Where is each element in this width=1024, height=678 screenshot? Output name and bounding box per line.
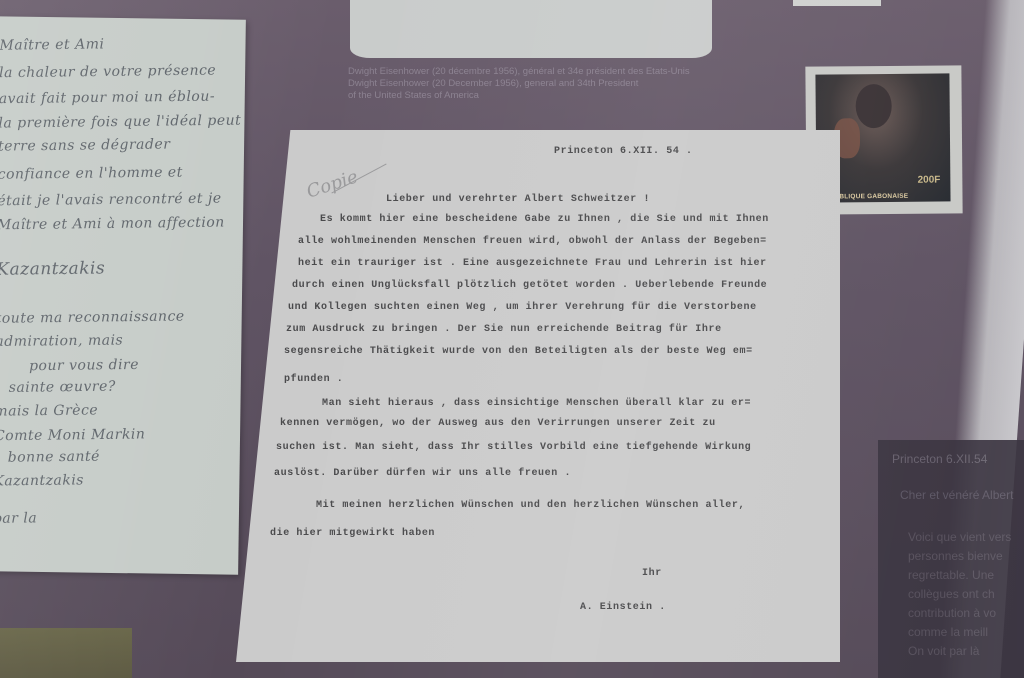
handwritten-line: confiance en l'homme et xyxy=(0,164,183,182)
handwritten-signature: Kazantzakis xyxy=(0,258,105,279)
brass-plaque xyxy=(0,628,132,678)
panel-body: Voici que vient vers personnes bienve re… xyxy=(908,528,1011,661)
letter-line: Es kommt hier eine bescheidene Gabe zu I… xyxy=(320,214,769,225)
handwritten-line: terre sans se dégrader xyxy=(0,136,171,154)
panel-line: Voici que vient vers xyxy=(908,528,1011,547)
panel-title: Princeton 6.XII.54 xyxy=(892,452,987,466)
salutation: Lieber und verehrter Albert Schweitzer ! xyxy=(386,194,650,205)
handwritten-line: mais la Grèce xyxy=(0,402,98,419)
handwritten-letter: Maître et Ami la chaleur de votre présen… xyxy=(0,16,246,574)
handwritten-line: toute ma reconnaissance xyxy=(0,308,185,326)
panel-line: On voit par là xyxy=(908,642,1011,661)
letter-line: alle wohlmeinenden Menschen freuen wird,… xyxy=(298,236,767,247)
signature: A. Einstein . xyxy=(580,602,666,613)
top-document xyxy=(350,0,712,58)
panel-subtitle: Cher et vénéré Albert xyxy=(900,488,1013,502)
handwritten-line: la chaleur de votre présence xyxy=(0,63,216,82)
handwritten-line: Kazantzakis xyxy=(0,472,84,489)
letter-line: auslöst. Darüber dürfen wir uns alle fre… xyxy=(274,468,571,479)
panel-line: regrettable. Une xyxy=(908,566,1011,585)
letter-line: durch einen Unglücksfall plötzlich getöt… xyxy=(292,280,767,291)
handwritten-line: Comte Moni Markin xyxy=(0,426,145,444)
handwritten-line: Maître et Ami à mon affection xyxy=(0,215,225,234)
caption-line: Dwight Eisenhower (20 décembre 1956), gé… xyxy=(348,66,768,78)
letter-line: heit ein trauriger ist . Eine ausgezeich… xyxy=(298,258,767,269)
panel-line: collègues ont ch xyxy=(908,585,1011,604)
handwritten-line: sainte œuvre? xyxy=(9,379,116,396)
stamp-value: 200F xyxy=(918,175,941,186)
letter-line: segensreiche Thätigkeit wurde von den Be… xyxy=(284,346,753,357)
panel-line: comme la meill xyxy=(908,623,1011,642)
top-right-document xyxy=(793,0,881,6)
caption-line: of the United States of America xyxy=(348,90,768,102)
letter-line: zum Ausdruck zu bringen . Der Sie nun er… xyxy=(286,324,722,335)
copy-annotation: Copie xyxy=(304,166,360,202)
handwritten-line: par la xyxy=(0,510,37,527)
translation-panel: Princeton 6.XII.54 Cher et vénéré Albert… xyxy=(878,440,1024,678)
place-date: Princeton 6.XII. 54 . xyxy=(554,146,693,157)
handwritten-line: la première fois que l'idéal peut xyxy=(0,113,241,132)
handwritten-line: pour vous dire xyxy=(29,357,139,374)
letter-line: Mit meinen herzlichen Wünschen und den h… xyxy=(316,500,745,511)
letter-line: Man sieht hieraus , dass einsichtige Men… xyxy=(322,398,751,409)
letter-line: suchen ist. Man sieht, dass Ihr stilles … xyxy=(276,442,751,453)
letter-line: die hier mitgewirkt haben xyxy=(270,528,435,539)
einstein-letter: Copie Princeton 6.XII. 54 . Lieber und v… xyxy=(236,130,840,662)
panel-line: contribution à vo xyxy=(908,604,1011,623)
letter-line: pfunden . xyxy=(284,374,343,385)
letter-line: kennen vermögen, wo der Ausweg aus den V… xyxy=(280,418,716,429)
handwritten-line: bonne santé xyxy=(8,449,100,466)
panel-line: personnes bienve xyxy=(908,547,1011,566)
caption-line: Dwight Eisenhower (20 December 1956), ge… xyxy=(348,78,768,90)
handwritten-line: avait fait pour moi un éblou- xyxy=(0,89,215,108)
eisenhower-caption: Dwight Eisenhower (20 décembre 1956), gé… xyxy=(348,66,768,102)
closing: Ihr xyxy=(642,568,662,579)
letter-line: und Kollegen suchten einen Weg , um ihre… xyxy=(288,302,757,313)
handwritten-line: était je l'avais rencontré et je xyxy=(0,191,222,210)
handwritten-line: admiration, mais xyxy=(0,332,123,350)
handwritten-line: Maître et Ami xyxy=(0,36,105,53)
portrait-head xyxy=(856,84,892,128)
